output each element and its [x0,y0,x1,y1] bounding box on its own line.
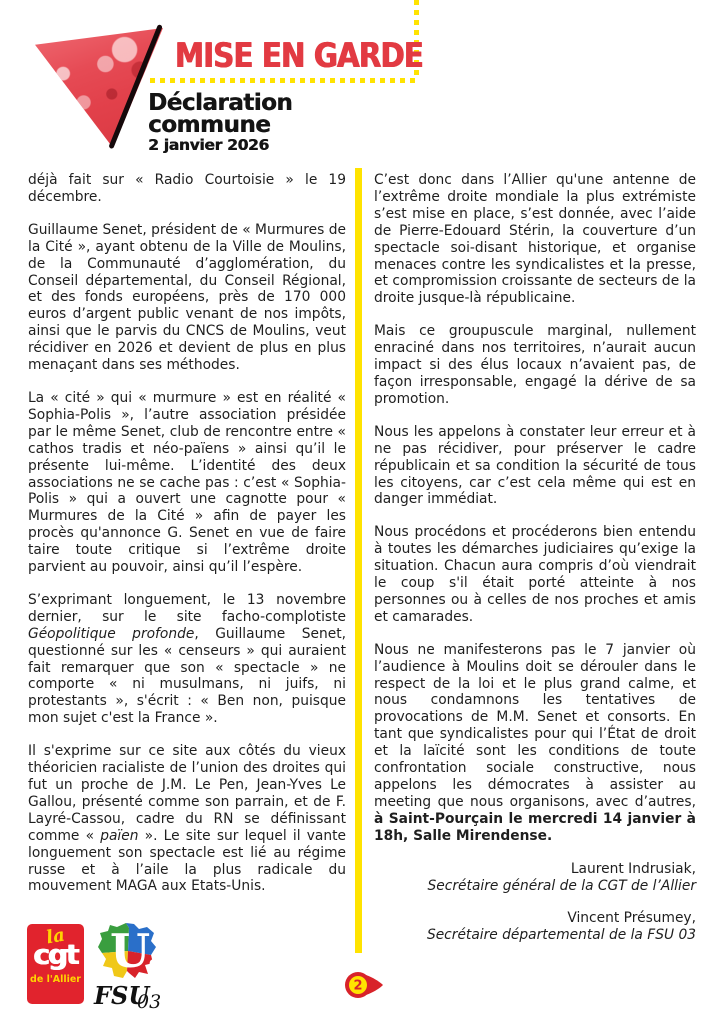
bold-text-run: à Saint-Pourçain le mercredi 14 janvier … [374,811,696,844]
left-column: déjà fait sur « Radio Courtoisie » le 19… [28,172,346,911]
italic-text-run: Géopolitique profonde [28,626,194,642]
text-run: Nous les appelons à constater leur erreu… [374,424,696,508]
fsu-03-logo: U. FSU 03 [93,920,161,1010]
subtitle-line1: Déclaration [148,92,292,114]
paragraph: Nous procédons et procéderons bien enten… [374,524,696,625]
fsu-logo-letter: U. [110,924,161,978]
italic-text-run: païen [100,828,138,844]
paragraph: déjà fait sur « Radio Courtoisie » le 19… [28,172,346,206]
signature-title: Secrétaire général de la CGT de l’Allier [374,878,696,895]
page-title: MISE EN GARDE [175,36,423,76]
text-run: La « cité » qui « murmure » est en réali… [28,390,346,575]
paragraph: Mais ce groupuscule marginal, nullement … [374,323,696,408]
fsu-logo-dept: 03 [137,991,161,1010]
page-number: 2 [353,979,362,994]
document-subtitle: Déclaration commune 2 janvier 2026 [148,92,292,154]
paragraph: Il s'exprime sur ce site aux côtés du vi… [28,743,346,895]
signature: Vincent Présumey,Secrétaire départementa… [374,910,696,944]
cgt-allier-logo: la cgt de l'Allier [27,924,84,1004]
text-run: S’exprimant longuement, le 13 novembre d… [28,592,346,625]
yellow-dotted-line-horizontal [150,78,420,83]
paragraph: Nous les appelons à constater leur erreu… [374,424,696,509]
signature-name: Laurent Indrusiak, [374,861,696,878]
text-run: Guillaume Senet, président de « Murmures… [28,222,346,373]
signature: Laurent Indrusiak,Secrétaire général de … [374,861,696,895]
signature-name: Vincent Présumey, [374,910,696,927]
paragraph: Guillaume Senet, président de « Murmures… [28,222,346,374]
document-page: MISE EN GARDE Déclaration commune 2 janv… [0,0,724,1023]
right-column: C’est donc dans l’Allier qu'une antenne … [374,172,696,960]
text-run: C’est donc dans l’Allier qu'une antenne … [374,172,696,306]
text-run: déjà fait sur « Radio Courtoisie » le 19… [28,172,346,205]
paragraph: La « cité » qui « murmure » est en réali… [28,390,346,576]
text-run: Nous procédons et procéderons bien enten… [374,524,696,625]
paragraph: Nous ne manifesterons pas le 7 janvier o… [374,642,696,845]
protest-photo-triangle-icon [35,28,163,148]
page-number-pin: 2 [344,971,384,999]
text-run: Mais ce groupuscule marginal, nullement … [374,323,696,407]
column-divider [355,168,362,953]
signatures-block: Laurent Indrusiak,Secrétaire général de … [374,861,696,945]
cgt-logo-dept: de l'Allier [27,974,84,985]
paragraph: C’est donc dans l’Allier qu'une antenne … [374,172,696,307]
subtitle-line2: commune [148,114,292,136]
document-date: 2 janvier 2026 [148,137,292,154]
text-run: Nous ne manifesterons pas le 7 janvier o… [374,642,696,810]
paragraph: S’exprimant longuement, le 13 novembre d… [28,592,346,727]
signature-title: Secrétaire départemental de la FSU 03 [374,927,696,944]
